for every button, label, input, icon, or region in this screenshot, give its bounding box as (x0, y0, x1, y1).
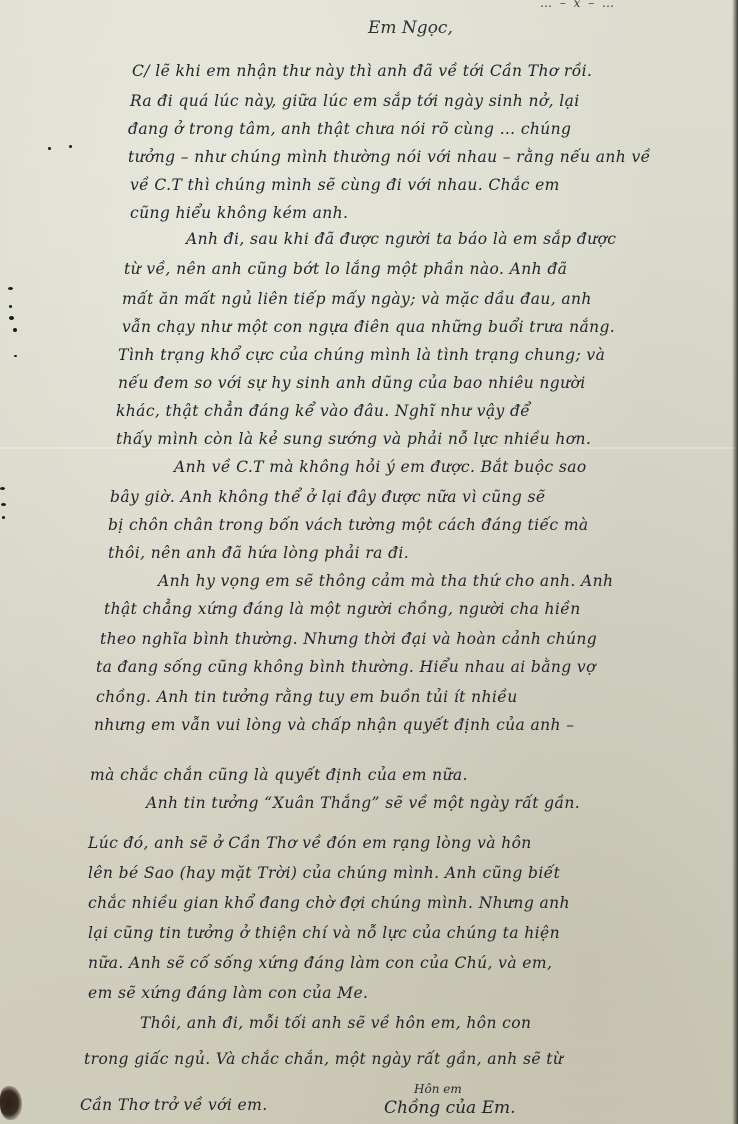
paper-shadow-edge (732, 0, 738, 1124)
ink-speck (8, 287, 13, 290)
letter-line: tưởng – như chúng mình thường nói với nh… (128, 148, 651, 166)
letter-line: nếu đem so với sự hy sinh anh dũng của b… (118, 374, 586, 392)
letter-line: về C.T thì chúng mình sẽ cùng đi với nha… (130, 176, 560, 194)
ink-speck (9, 316, 14, 320)
letter-line: Lúc đó, anh sẽ ở Cần Thơ về đón em rạng … (88, 834, 532, 852)
letter-line: lại cũng tin tưởng ở thiện chí và nỗ lực… (88, 924, 560, 942)
ink-speck (13, 328, 17, 332)
ink-speck (2, 516, 5, 519)
letter-line: Anh hy vọng em sẽ thông cảm mà tha thứ c… (158, 572, 613, 590)
letter-line: trong giấc ngủ. Và chắc chắn, một ngày r… (84, 1050, 563, 1068)
letter-line: Ra đi quá lúc này, giữa lúc em sắp tới n… (130, 92, 580, 110)
letter-line: bây giờ. Anh không thể ở lại đây được nữ… (110, 488, 545, 506)
ink-blot (0, 1086, 22, 1120)
salutation: Em Ngọc, (368, 18, 453, 38)
corner-note: … – x – … (540, 0, 616, 10)
letter-line: mà chắc chắn cũng là quyết định của em n… (90, 766, 468, 784)
letter-line: em sẽ xứng đáng làm con của Me. (88, 984, 368, 1002)
closing-kiss: Hôn em (414, 1082, 462, 1096)
signature: Chồng của Em. (384, 1098, 516, 1118)
letter-line: chồng. Anh tin tưởng rằng tuy em buồn tủ… (96, 688, 518, 706)
ink-speck (1, 503, 6, 506)
letter-line: nhưng em vẫn vui lòng và chấp nhận quyết… (94, 716, 574, 734)
letter-line: bị chôn chân trong bốn vách tường một cá… (108, 516, 589, 534)
ink-speck (69, 145, 72, 148)
letter-line: theo nghĩa bình thường. Nhưng thời đại v… (100, 630, 597, 648)
letter-line: Anh tin tưởng “Xuân Thắng” sẽ về một ngà… (146, 794, 580, 812)
letter-line: Anh đi, sau khi đã được người ta báo là … (186, 230, 616, 248)
letter-line: thấy mình còn là kẻ sung sướng và phải n… (116, 430, 591, 448)
letter-line: thật chẳng xứng đáng là một người chồng,… (104, 600, 581, 618)
letter-line: thôi, nên anh đã hứa lòng phải ra đi. (108, 544, 409, 562)
ink-speck (48, 147, 51, 150)
letter-line: từ về, nên anh cũng bớt lo lắng một phần… (124, 260, 567, 278)
letter-line: đang ở trong tâm, anh thật chưa nói rõ c… (128, 120, 571, 138)
letter-line: cũng hiểu không kém anh. (130, 204, 348, 222)
letter-line: ta đang sống cũng không bình thường. Hiể… (96, 658, 596, 676)
letter-line: Cần Thơ trở về với em. (80, 1096, 268, 1114)
letter-line: nữa. Anh sẽ cố sống xứng đáng làm con củ… (88, 954, 552, 972)
letter-paper: … – x – … Em Ngọc, C/ lẽ khi em nhận thư… (0, 0, 738, 1124)
letter-line: C/ lẽ khi em nhận thư này thì anh đã về … (132, 62, 592, 80)
letter-line: Anh về C.T mà không hỏi ý em được. Bắt b… (174, 458, 587, 476)
ink-speck (0, 487, 5, 490)
letter-line: Thôi, anh đi, mỗi tối anh sẽ về hôn em, … (140, 1014, 531, 1032)
ink-speck (9, 305, 12, 308)
ink-speck (14, 355, 17, 357)
letter-line: mất ăn mất ngủ liên tiếp mấy ngày; và mặ… (122, 290, 592, 308)
letter-line: vẫn chạy như một con ngựa điên qua những… (122, 318, 615, 336)
letter-line: khác, thật chẳn đáng kể vào đâu. Nghĩ nh… (116, 402, 530, 420)
letter-line: lên bé Sao (hay mặt Trời) của chúng mình… (88, 864, 560, 882)
letter-line: chắc nhiều gian khổ đang chờ đợi chúng m… (88, 894, 570, 912)
letter-line: Tình trạng khổ cực của chúng mình là tìn… (118, 346, 605, 364)
